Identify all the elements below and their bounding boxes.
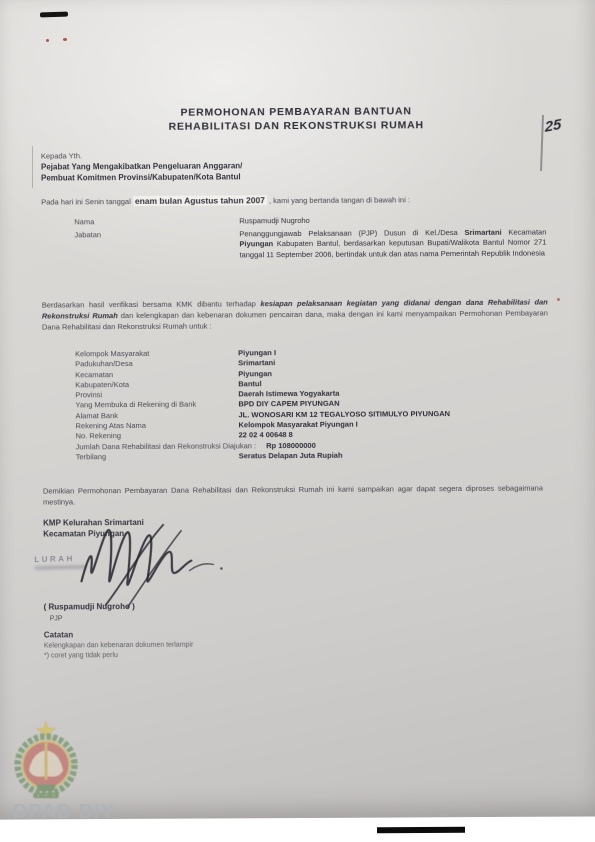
verification-seg-2: dan kelengkapan dan kebenaran dokumen pe… — [42, 308, 548, 331]
signature-scrawl — [71, 518, 242, 611]
notes-heading: Catatan — [44, 630, 193, 641]
identity-row-nama: Nama Ruspamudji Nugroho — [74, 214, 546, 227]
jabatan-seg-3: Kabupaten Bantul, berdasarkan keputusan … — [239, 237, 546, 258]
signature-block: KMP Kelurahan Srimartani Kecamatan Piyun… — [43, 516, 304, 628]
title-line-2: REHABILITASI DAN REKONSTRUKSI RUMAH — [0, 117, 594, 135]
scanned-document-page: 25 PERMOHONAN PEMBAYARAN BANTUAN REHABIL… — [0, 0, 595, 842]
notes-line-1: Kelengkapan dan kebenaran dokumen terlam… — [44, 641, 193, 652]
jabatan-label: Jabatan — [74, 229, 239, 262]
request-details-list: Kelompok MasyarakatPiyungan I Padukuhan/… — [75, 346, 556, 462]
identity-row-jabatan: Jabatan Penanggungjawab Pelaksanaan (PJP… — [74, 227, 546, 261]
yogyakarta-provincial-emblem-icon — [14, 719, 78, 805]
jabatan-kecamatan: Piyungan — [239, 239, 273, 248]
verification-seg-1: Berdasarkan hasil verifikasi bersama KMK… — [42, 299, 261, 309]
notes-line-2: *) coret yang tidak perlu — [44, 651, 193, 662]
jabatan-desa: Srimartani — [464, 227, 501, 236]
signatory-name: ( Ruspamudji Nugroho ) — [44, 602, 135, 612]
dpad-diy-watermark: DPAD DIY — [13, 801, 115, 824]
signatory-role: PJP — [50, 615, 63, 622]
document-content: 25 PERMOHONAN PEMBAYARAN BANTUAN REHABIL… — [0, 0, 595, 842]
opening-sentence: Pada hari ini Senin tanggal enam bulan A… — [41, 193, 553, 207]
jabatan-seg-1: Penanggungjawab Pelaksanaan (PJP) Dusun … — [239, 227, 464, 237]
identity-block: Nama Ruspamudji Nugroho Jabatan Penanggu… — [74, 214, 546, 263]
opening-pre: Pada hari ini Senin tanggal — [41, 197, 133, 207]
nama-value: Ruspamudji Nugroho — [239, 214, 546, 226]
recipient-block: Kepada Yth. Pejabat Yang Mengakibatkan P… — [41, 149, 243, 183]
jabatan-value: Penanggungjawab Pelaksanaan (PJP) Dusun … — [239, 227, 546, 260]
detail-row: TerbilangSeratus Delapan Juta Rupiah — [76, 449, 556, 462]
verification-paragraph: Berdasarkan hasil verifikasi bersama KMK… — [42, 296, 548, 332]
closing-paragraph: Demikian Permohonan Pembayaran Dana Reha… — [43, 483, 543, 508]
jabatan-seg-2: Kecamatan — [502, 227, 547, 236]
document-title: PERMOHONAN PEMBAYARAN BANTUAN REHABILITA… — [0, 103, 594, 135]
nama-label: Nama — [74, 216, 239, 228]
opening-date-highlight: enam bulan Agustus tahun 2007 — [133, 195, 267, 206]
notes-block: Catatan Kelengkapan dan kebenaran dokume… — [44, 630, 194, 662]
detail-label: Terbilang — [76, 451, 239, 462]
recipient-line-2: Pembuat Komitmen Provinsi/Kabupaten/Kota… — [41, 171, 242, 183]
opening-post: , kami yang bertanda tangan di bawah ini… — [267, 195, 410, 205]
detail-value: Seratus Delapan Juta Rupiah — [239, 449, 556, 461]
